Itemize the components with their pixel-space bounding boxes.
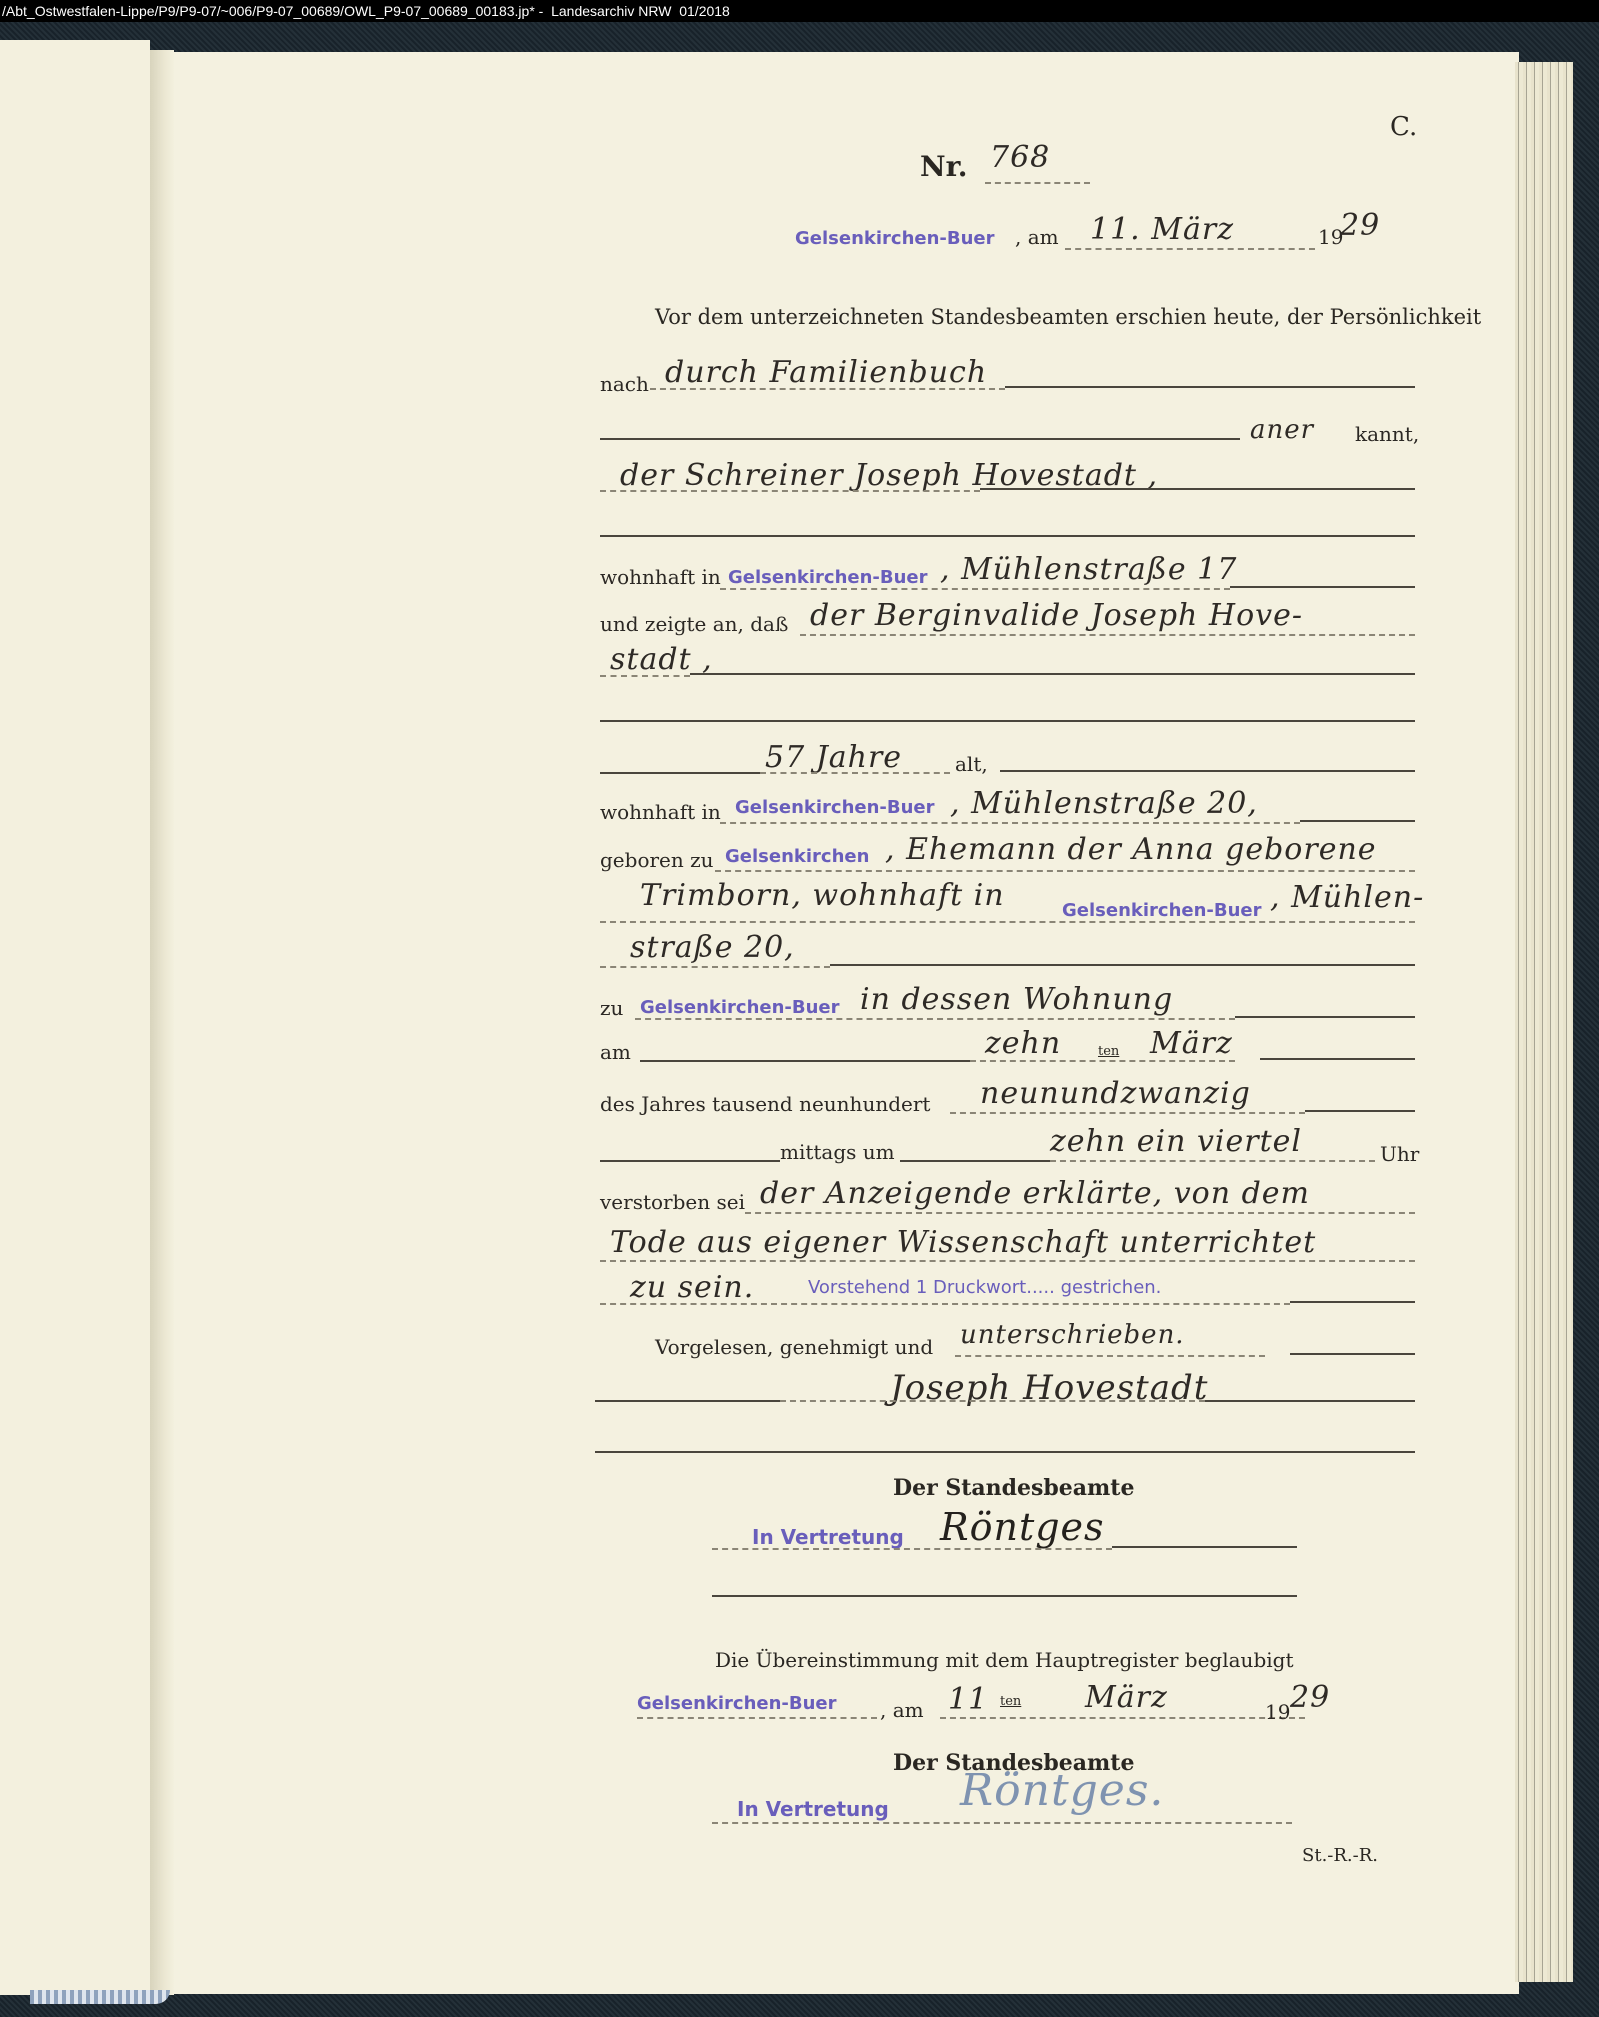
record-number: 768 — [990, 140, 1050, 175]
alt-label: alt, — [955, 752, 988, 776]
deceased-street: , Mühlenstraße 20, — [950, 786, 1258, 821]
footer-code: St.-R.-R. — [1302, 1845, 1378, 1866]
remark-line3: zu sein. — [630, 1270, 754, 1305]
death-year-words: neunundzwanzig — [980, 1076, 1251, 1111]
birthplace-stamp: Gelsenkirchen — [725, 846, 869, 867]
registrar-heading-1: Der Standesbeamte — [893, 1475, 1134, 1501]
intro-line: Vor dem unterzeichneten Standesbeamten e… — [655, 305, 1481, 329]
informant-street: , Mühlenstraße 17 — [940, 552, 1237, 587]
wohnhaft-label-1: wohnhaft in — [600, 565, 721, 589]
anerkannt-hand: aner — [1250, 415, 1314, 445]
jahres-label: des Jahres tausend neunhundert — [600, 1092, 930, 1116]
cert-am-label: , am — [880, 1698, 924, 1722]
registrar-signature-2: Röntges. — [960, 1765, 1164, 1816]
death-place-stamp: Gelsenkirchen-Buer — [640, 997, 840, 1018]
death-month: März — [1150, 1026, 1233, 1061]
spouse-line2-a: Trimborn, wohnhaft in — [640, 878, 1005, 913]
age-value: 57 Jahre — [765, 740, 902, 775]
year-suffix: 29 — [1340, 208, 1380, 243]
geboren-label: geboren zu — [600, 848, 714, 872]
spouse-line3: straße 20, — [630, 930, 795, 965]
vorgelesen-label: Vorgelesen, genehmigt und — [655, 1335, 933, 1359]
wohnhaft-label-2: wohnhaft in — [600, 800, 721, 824]
vertretung-stamp-2: In Vertretung — [737, 1797, 889, 1821]
cert-year-prefix: 19 — [1265, 1700, 1290, 1724]
correction-stamp: Vorstehend 1 Druckwort..... gestrichen. — [808, 1277, 1161, 1298]
cert-year-suffix: 29 — [1290, 1680, 1330, 1715]
corner-mark: C. — [1390, 112, 1417, 142]
kannt-label: kannt, — [1355, 422, 1419, 446]
am-label: , am — [1015, 225, 1059, 249]
window-title-bar: /Abt_Ostwestfalen-Lippe/P9/P9-07/~006/P9… — [0, 0, 1599, 22]
und-zeigte-label: und zeigte an, daß — [600, 612, 788, 636]
cert-day: 11 — [948, 1682, 988, 1717]
mittags-label: mittags um — [780, 1140, 895, 1164]
deceased-residence-stamp: Gelsenkirchen-Buer — [735, 797, 935, 818]
zu-label: zu — [600, 996, 623, 1020]
spouse-line1: , Ehemann der Anna geborene — [885, 832, 1377, 867]
death-time: zehn ein viertel — [1050, 1124, 1302, 1159]
number-label: Nr. — [920, 150, 968, 183]
informant-residence-stamp: Gelsenkirchen-Buer — [728, 567, 928, 588]
verstorben-label: verstorben sei — [600, 1190, 745, 1214]
death-day-suffix: ten — [1098, 1044, 1119, 1059]
death-place-detail: in dessen Wohnung — [860, 982, 1173, 1017]
informant-signature: Joseph Hovestadt — [890, 1368, 1208, 1408]
nach-label: nach — [600, 372, 649, 396]
record-date: 11. März — [1090, 212, 1234, 247]
deceased-line1: der Berginvalide Joseph Hove- — [810, 598, 1303, 633]
remark-line2: Tode aus eigener Wissenschaft unterricht… — [610, 1225, 1316, 1260]
cert-day-suffix: ten — [1000, 1694, 1021, 1709]
deceased-line2: stadt , — [610, 642, 713, 677]
death-day: zehn — [985, 1026, 1061, 1061]
identity-basis: durch Familienbuch — [665, 355, 987, 390]
vertretung-stamp-1: In Vertretung — [752, 1525, 904, 1549]
registrar-signature-1: Röntges — [940, 1505, 1105, 1549]
cert-place-stamp: Gelsenkirchen-Buer — [637, 1693, 837, 1714]
remark-line1: der Anzeigende erklärte, von dem — [760, 1176, 1310, 1211]
death-record-form: C. Nr. 768 Gelsenkirchen-Buer , am 11. M… — [0, 0, 1599, 2017]
spouse-residence-stamp: Gelsenkirchen-Buer — [1062, 900, 1262, 921]
certification-line: Die Übereinstimmung mit dem Hauptregiste… — [715, 1648, 1293, 1672]
place-stamp: Gelsenkirchen-Buer — [795, 228, 995, 249]
spouse-line2-b: , Mühlen- — [1270, 880, 1424, 915]
uhr-label: Uhr — [1380, 1142, 1419, 1166]
vorgelesen-hand: unterschrieben. — [960, 1320, 1185, 1350]
am-label-2: am — [600, 1040, 631, 1064]
cert-month: März — [1085, 1680, 1168, 1715]
